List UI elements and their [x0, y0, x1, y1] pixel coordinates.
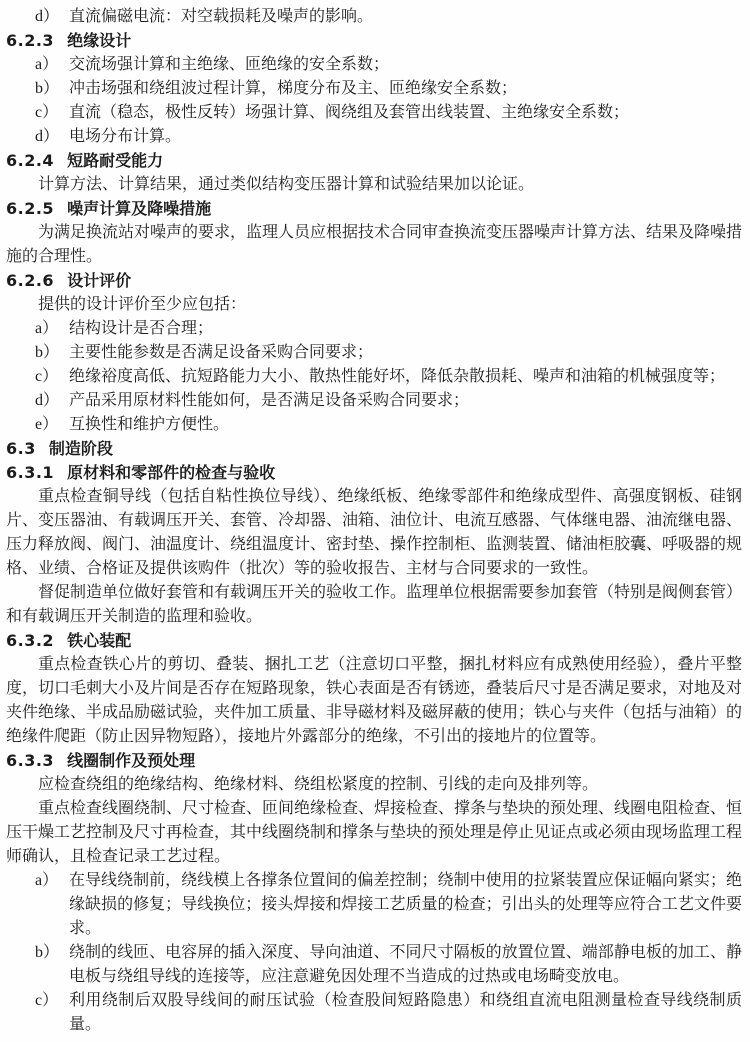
section-number: 6.2.4 [6, 149, 54, 173]
paragraph: 重点检查铜导线（包括自粘性换位导线）、绝缘纸板、绝缘零部件和绝缘成型件、高强度钢… [6, 485, 742, 581]
list-item: d）电场分布计算。 [6, 125, 742, 149]
section-heading: 6.3.1原材料和零部件的检查与验收 [6, 461, 742, 485]
section-heading: 6.3.2铁心装配 [6, 629, 742, 653]
list-item: a）结构设计是否合理； [6, 317, 742, 341]
section-title: 铁心装配 [67, 631, 131, 650]
list-item-label: c） [35, 365, 69, 389]
paragraph: 督促制造单位做好套管和有载调压开关的验收工作。监理单位根据需要参加套管（特别是阀… [6, 581, 742, 629]
section-heading: 6.2.3绝缘设计 [6, 29, 742, 53]
list-item-text: 产品采用原材料性能如何，是否满足设备采购合同要求； [69, 389, 742, 413]
list-item: d）产品采用原材料性能如何，是否满足设备采购合同要求； [6, 389, 742, 413]
list-item: a）在导线绕制前，绕线模上各撑条位置间的偏差控制；绕制中使用的拉紧装置应保证幅向… [6, 869, 742, 941]
list-item: b）绕制的线匝、电容屏的插入深度、导向油道、不同尺寸隔板的放置位置、端部静电板的… [6, 941, 742, 989]
list-item-text: 利用绕制后双股导线间的耐压试验（检查股间短路隐患）和绕组直流电阻测量检查导线绕制… [69, 989, 742, 1037]
list-item-label: d） [35, 5, 69, 29]
list-item-text: 互换性和维护方便性。 [69, 413, 742, 437]
list-item-text: 结构设计是否合理； [69, 317, 742, 341]
section-heading: 6.2.4短路耐受能力 [6, 149, 742, 173]
section-number: 6.3.3 [6, 749, 54, 773]
list-item: c）直流（稳态，极性反转）场强计算、阀绕组及套管出线装置、主绝缘安全系数； [6, 101, 742, 125]
list-item: c）利用绕制后双股导线间的耐压试验（检查股间短路隐患）和绕组直流电阻测量检查导线… [6, 989, 742, 1037]
list-item-text: 冲击场强和绕组波过程计算，梯度分布及主、匝绝缘安全系数； [69, 77, 742, 101]
list-item-text: 电场分布计算。 [69, 125, 742, 149]
list-item-label: c） [35, 101, 69, 125]
list-item-label: a） [35, 53, 69, 77]
section-heading: 6.3制造阶段 [6, 437, 742, 461]
list-item-text: 主要性能参数是否满足设备采购合同要求； [69, 341, 742, 365]
list-item-text: 直流（稳态，极性反转）场强计算、阀绕组及套管出线装置、主绝缘安全系数； [69, 101, 742, 125]
list-item-text: 绝缘裕度高低、抗短路能力大小、散热性能好坏，降低杂散损耗、噪声和油箱的机械强度等… [69, 365, 742, 389]
list-item-label: b） [35, 77, 69, 101]
paragraph: 应检查绕组的绝缘结构、绝缘材料、绕组松紧度的控制、引线的走向及排列等。 [6, 773, 742, 797]
section-title: 制造阶段 [49, 439, 113, 458]
document-page: d）直流偏磁电流：对空载损耗及噪声的影响。 6.2.3绝缘设计 a）交流场强计算… [0, 0, 750, 1042]
section-title: 噪声计算及降噪措施 [67, 199, 211, 218]
section-number: 6.2.6 [6, 269, 54, 293]
section-number: 6.3.2 [6, 629, 54, 653]
section-heading: 6.2.6设计评价 [6, 269, 742, 293]
list-item-label: d） [35, 389, 69, 413]
list-item: d）直流偏磁电流：对空载损耗及噪声的影响。 [6, 5, 742, 29]
list-item: b）冲击场强和绕组波过程计算，梯度分布及主、匝绝缘安全系数； [6, 77, 742, 101]
list-item: b）主要性能参数是否满足设备采购合同要求； [6, 341, 742, 365]
paragraph: 计算方法、计算结果，通过类似结构变压器计算和试验结果加以论证。 [6, 173, 742, 197]
list-item-text: 交流场强计算和主绝缘、匝绝缘的安全系数； [69, 53, 742, 77]
list-item-text: 绕制的线匝、电容屏的插入深度、导向油道、不同尺寸隔板的放置位置、端部静电板的加工… [69, 941, 742, 989]
section-title: 绝缘设计 [67, 31, 131, 50]
section-title: 设计评价 [67, 271, 131, 290]
paragraph: 提供的设计评价至少应包括： [6, 293, 742, 317]
list-item-text: 直流偏磁电流：对空载损耗及噪声的影响。 [69, 5, 742, 29]
list-item-label: e） [35, 413, 69, 437]
section-title: 短路耐受能力 [67, 151, 163, 170]
section-title: 原材料和零部件的检查与验收 [67, 463, 275, 482]
list-item-label: a） [35, 317, 69, 341]
section-number: 6.2.3 [6, 29, 54, 53]
list-item-label: b） [35, 341, 69, 365]
list-item: c）绝缘裕度高低、抗短路能力大小、散热性能好坏，降低杂散损耗、噪声和油箱的机械强… [6, 365, 742, 389]
document-body: d）直流偏磁电流：对空载损耗及噪声的影响。 6.2.3绝缘设计 a）交流场强计算… [6, 5, 742, 1037]
section-number: 6.3.1 [6, 461, 54, 485]
list-item-text: 在导线绕制前，绕线模上各撑条位置间的偏差控制；绕制中使用的拉紧装置应保证幅向紧实… [69, 869, 742, 941]
paragraph: 为满足换流站对噪声的要求，监理人员应根据技术合同审查换流变压器噪声计算方法、结果… [6, 221, 742, 269]
list-item: a）交流场强计算和主绝缘、匝绝缘的安全系数； [6, 53, 742, 77]
list-item-label: d） [35, 125, 69, 149]
list-item: e）互换性和维护方便性。 [6, 413, 742, 437]
section-number: 6.3 [6, 437, 36, 461]
list-item-label: c） [35, 989, 69, 1037]
list-item-label: a） [35, 869, 69, 941]
paragraph: 重点检查线圈绕制、尺寸检查、匝间绝缘检查、焊接检查、撑条与垫块的预处理、线圈电阻… [6, 797, 742, 869]
section-heading: 6.2.5噪声计算及降噪措施 [6, 197, 742, 221]
section-number: 6.2.5 [6, 197, 54, 221]
section-title: 线圈制作及预处理 [67, 751, 195, 770]
list-item-label: b） [35, 941, 69, 989]
paragraph: 重点检查铁心片的剪切、叠装、捆扎工艺（注意切口平整，捆扎材料应有成熟使用经验），… [6, 653, 742, 749]
section-heading: 6.3.3线圈制作及预处理 [6, 749, 742, 773]
